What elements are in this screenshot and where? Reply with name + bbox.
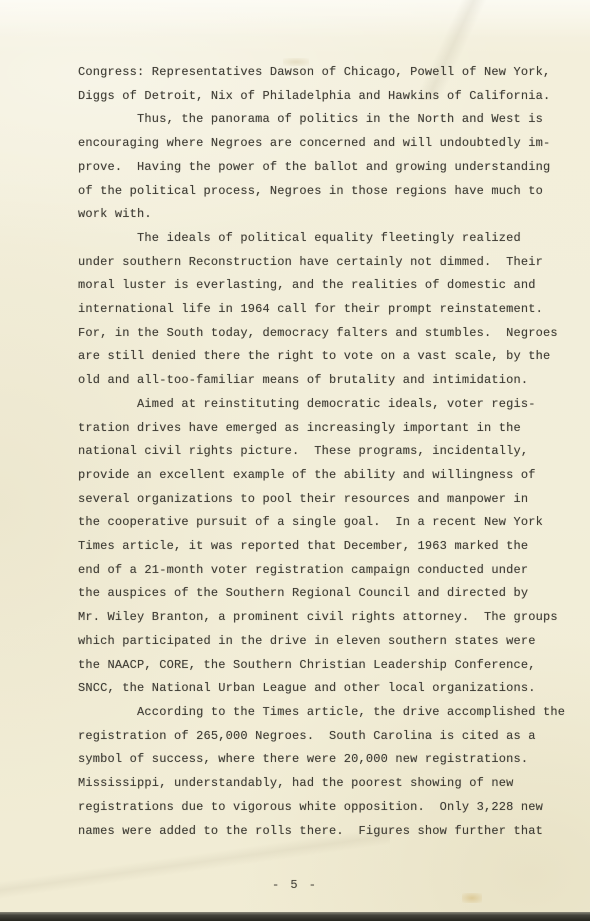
typed-text-body: Congress: Representatives Dawson of Chic… — [78, 61, 568, 843]
paper-top-light-band — [0, 0, 590, 38]
text-line: SNCC, the National Urban League and othe… — [78, 677, 568, 701]
text-line: provide an excellent example of the abil… — [78, 464, 568, 488]
text-line: Times article, it was reported that Dece… — [78, 535, 568, 559]
text-line: Aimed at reinstituting democratic ideals… — [78, 393, 568, 417]
text-line: old and all-too-familiar means of brutal… — [78, 369, 568, 393]
text-line: registration of 265,000 Negroes. South C… — [78, 725, 568, 749]
text-line: According to the Times article, the driv… — [78, 701, 568, 725]
text-line: which participated in the drive in eleve… — [78, 630, 568, 654]
text-line: several organizations to pool their reso… — [78, 488, 568, 512]
text-line: names were added to the rolls there. Fig… — [78, 820, 568, 844]
text-line: registrations due to vigorous white oppo… — [78, 796, 568, 820]
text-line: For, in the South today, democracy falte… — [78, 322, 568, 346]
text-line: the NAACP, CORE, the Southern Christian … — [78, 654, 568, 678]
text-line: end of a 21-month voter registration cam… — [78, 559, 568, 583]
text-line: the auspices of the Southern Regional Co… — [78, 582, 568, 606]
text-line: are still denied there the right to vote… — [78, 345, 568, 369]
text-line: Diggs of Detroit, Nix of Philadelphia an… — [78, 85, 568, 109]
text-line: prove. Having the power of the ballot an… — [78, 156, 568, 180]
page-number: - 5 - — [0, 878, 590, 892]
text-line: work with. — [78, 203, 568, 227]
text-line: Congress: Representatives Dawson of Chic… — [78, 61, 568, 85]
text-line: symbol of success, where there were 20,0… — [78, 748, 568, 772]
scanned-document-page: Congress: Representatives Dawson of Chic… — [0, 0, 590, 921]
text-line: Thus, the panorama of politics in the No… — [78, 108, 568, 132]
paper-blemish — [462, 893, 482, 903]
text-line: Mississippi, understandably, had the poo… — [78, 772, 568, 796]
text-line: international life in 1964 call for thei… — [78, 298, 568, 322]
text-line: of the political process, Negroes in tho… — [78, 180, 568, 204]
text-line: the cooperative pursuit of a single goal… — [78, 511, 568, 535]
text-line: The ideals of political equality fleetin… — [78, 227, 568, 251]
text-line: Mr. Wiley Branton, a prominent civil rig… — [78, 606, 568, 630]
text-line: moral luster is everlasting, and the rea… — [78, 274, 568, 298]
text-line: national civil rights picture. These pro… — [78, 440, 568, 464]
text-line: tration drives have emerged as increasin… — [78, 417, 568, 441]
text-line: encouraging where Negroes are concerned … — [78, 132, 568, 156]
text-line: under southern Reconstruction have certa… — [78, 251, 568, 275]
scan-bottom-edge — [0, 912, 590, 921]
